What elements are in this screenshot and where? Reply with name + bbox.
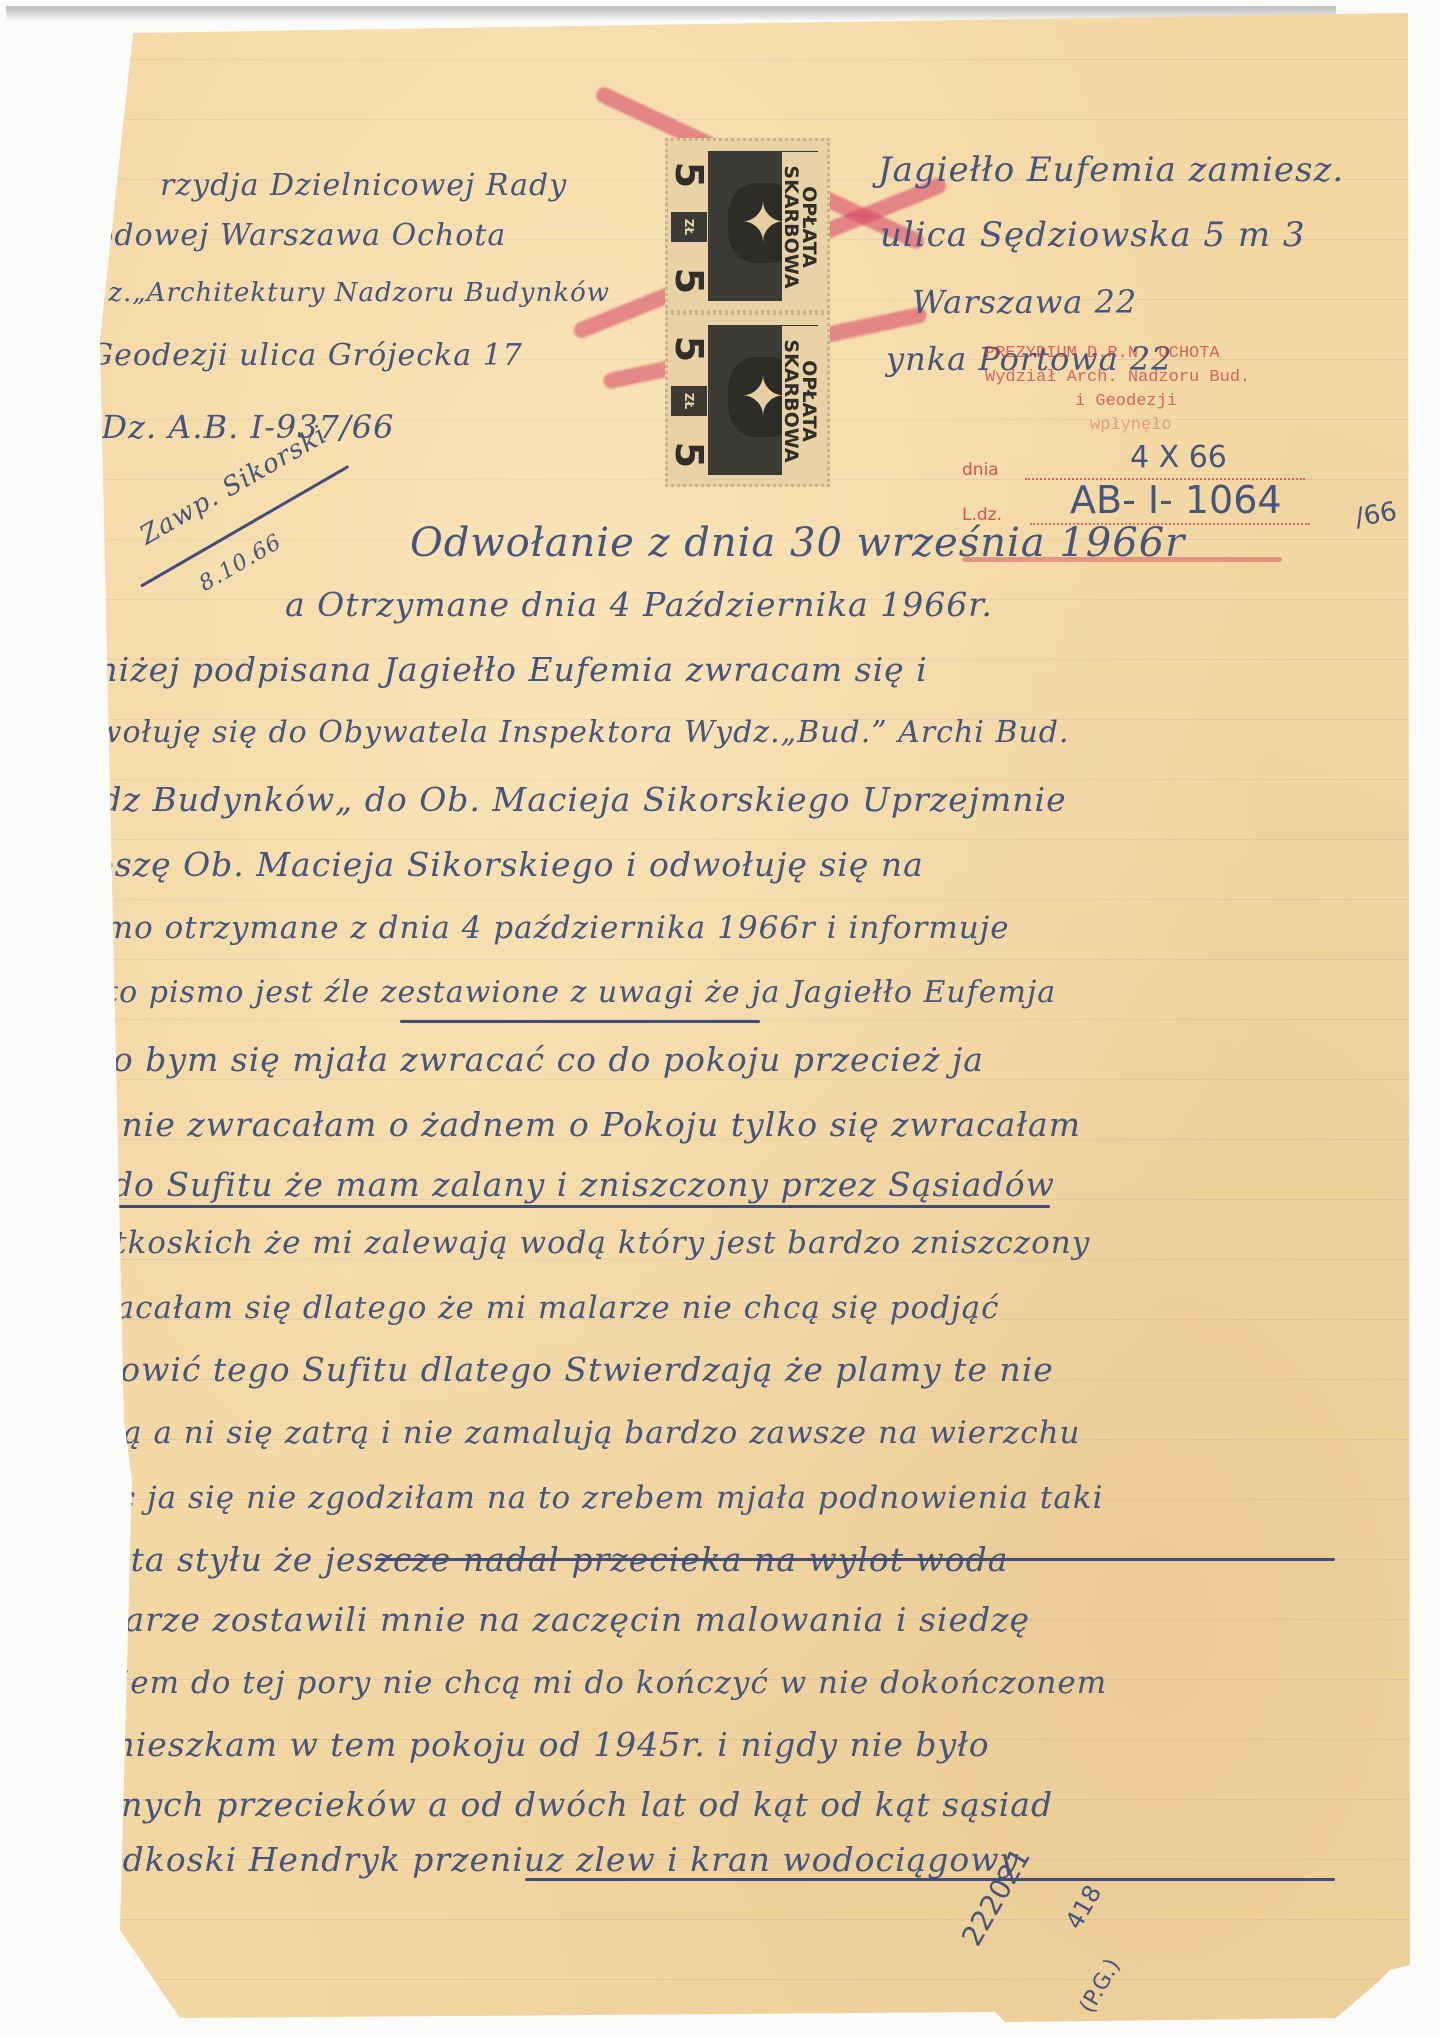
stamp-currency: ZŁ bbox=[671, 212, 707, 242]
body-underline bbox=[375, 1558, 1335, 1561]
sender-line: Jagiełło Eufemia zamiesz. bbox=[878, 150, 1344, 190]
stamp-date-label: dnia bbox=[962, 460, 999, 480]
stamp-ref-value: AB- I- 1064 bbox=[1070, 478, 1282, 522]
stamp-currency: ZŁ bbox=[671, 386, 707, 416]
stamp-value: 5 bbox=[667, 438, 711, 472]
body-line: Odwołuję się do Obywatela Inspektora Wyd… bbox=[50, 715, 1070, 750]
body-line: proszę Ob. Macieja Sikorskiego i odwołuj… bbox=[55, 845, 924, 884]
body-line: malarze zostawili mnie na zaczęcin malow… bbox=[60, 1600, 1030, 1639]
paper-sheet: rzydja Dzielnicowej Rady rodowej Warszaw… bbox=[0, 0, 1440, 2036]
stamp-value: 5 bbox=[667, 264, 711, 298]
stamp-department: i Geodezji bbox=[1075, 392, 1177, 411]
stamp-received-label: wpłynęło bbox=[1090, 416, 1172, 435]
recipient-line: rzydja Dzielnicowej Rady bbox=[160, 168, 567, 203]
body-line: Szatkoskich że mi zalewają wodą który je… bbox=[55, 1225, 1090, 1261]
archive-subnumber: 418 bbox=[1060, 1880, 1107, 1934]
body-line: Ja niżej podpisana Jagiełło Eufemia zwra… bbox=[50, 650, 928, 689]
stamp-value: 5 bbox=[667, 158, 711, 192]
body-line: odnowić tego Sufitu dlatego Stwierdzają … bbox=[55, 1350, 1054, 1389]
stamp-value: 5 bbox=[667, 332, 711, 366]
stamp-label: OPŁATA SKARBOWA bbox=[782, 326, 818, 476]
body-line: zwracałam się dlatego że mi malarze nie … bbox=[55, 1290, 999, 1326]
body-underline bbox=[525, 1878, 1335, 1881]
body-line: zejdą a ni się zatrą i nie zamalują bard… bbox=[55, 1415, 1081, 1451]
archive-initials: (P.G.) bbox=[1075, 1955, 1126, 2018]
body-line: więc ja się nie zgodziłam na to zrebem m… bbox=[60, 1480, 1104, 1516]
recipient-line: rodowej Warszawa Ochota bbox=[80, 218, 506, 253]
body-line: Szadkoski Hendryk przeniuz zlew i kran w… bbox=[60, 1840, 1019, 1879]
body-line: że to pismo jest źle zestawione z uwagi … bbox=[60, 975, 1056, 1010]
stamp-office-name: PREZYDIUM D.R.N. OCHOTA bbox=[985, 344, 1220, 363]
marginal-note-date: 8.10.66 bbox=[195, 530, 286, 597]
heading-line-1: Odwołanie z dnia 30 września 1966r bbox=[410, 520, 1185, 566]
body-underline bbox=[400, 1020, 760, 1023]
stamp-department: Wydział Arch. Nadzoru Bud. bbox=[985, 368, 1250, 387]
stamp-date-value: 4 X 66 bbox=[1130, 440, 1227, 475]
stamp-label: OPŁATA SKARBOWA bbox=[782, 152, 818, 302]
reference-number: L.Dz. A.B. I-937/66 bbox=[68, 408, 394, 446]
stamp-ref-year: /66 bbox=[1353, 497, 1399, 534]
revenue-stamp: 5 ZŁ 5 ✦ OPŁATA SKARBOWA bbox=[665, 312, 830, 487]
body-line: w niem do tej pory nie chcą mi do kończy… bbox=[60, 1665, 1107, 1701]
heading-line-2: a Otrzymane dnia 4 Października 1966r. bbox=[285, 585, 993, 624]
body-line: żadnych przecieków a od dwóch lat od kąt… bbox=[60, 1785, 1053, 1824]
sender-line: Warszawa 22 bbox=[912, 283, 1137, 321]
body-underline bbox=[50, 1205, 1050, 1208]
body-line: pismo otrzymane z dnia 4 października 19… bbox=[55, 910, 1010, 946]
body-line: się nie zwracałam o żadnem o Pokoju tylk… bbox=[60, 1105, 1081, 1144]
body-line: Nadz Budynków„ do Ob. Macieja Sikorskieg… bbox=[50, 780, 1067, 819]
sender-line: ulica Sędziowska 5 m 3 bbox=[880, 215, 1306, 255]
revenue-stamp: 5 ZŁ 5 ✦ OPŁATA SKARBOWA bbox=[665, 138, 830, 313]
recipient-line: i Geodezji ulica Grójecka 17 bbox=[68, 338, 523, 373]
body-line: jako bym się mjała zwracać co do pokoju … bbox=[60, 1040, 984, 1079]
recipient-line: ydz.„Architektury Nadzoru Budynków bbox=[75, 278, 610, 308]
body-line: co do Sufitu że mam zalany i zniszczony … bbox=[60, 1165, 1055, 1204]
body-line: ja mieszkam w tem pokoju od 1945r. i nig… bbox=[60, 1725, 990, 1764]
